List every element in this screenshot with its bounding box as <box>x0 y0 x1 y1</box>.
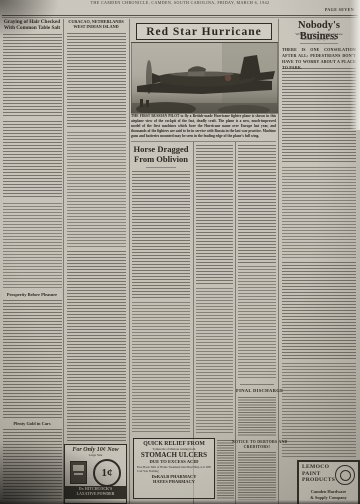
caption-rule <box>131 141 276 142</box>
text-block <box>3 300 62 418</box>
text-block <box>67 251 126 441</box>
col1-headline-line2: With Common Table Salt <box>2 26 62 32</box>
headline-rule <box>146 167 176 168</box>
nobodys-business-byline: Written for The Chronicle by Gee McGee, … <box>281 32 357 41</box>
product-package-icon <box>70 461 87 484</box>
text-block <box>282 363 356 457</box>
text-block <box>3 203 62 289</box>
lemoco-line1: LEMOCO <box>302 464 335 471</box>
text-block <box>3 429 62 501</box>
lemoco-line3: PRODUCTS <box>302 477 335 484</box>
col2-heading: CURACAO, NETHERLANDS WEST INDIAN ISLAND <box>66 20 126 30</box>
lemoco-line2: PAINT <box>302 471 335 478</box>
feature-headline-box: Red Star Hurricane <box>136 23 272 40</box>
text-block <box>132 171 190 299</box>
ulcer-ad-line3: STOMACH ULCERS <box>134 451 214 459</box>
lemoco-ad: LEMOCO PAINT PRODUCTS Camden Hardware & … <box>297 460 360 504</box>
hitchcock-ad: For Only 10¢ Now Large Size 1¢ Dr. HITCH… <box>64 444 127 504</box>
ulcer-ad: QUICK RELIEF FROM Symptoms of Distress A… <box>133 438 215 499</box>
page-number: PAGE SEVEN <box>325 7 354 12</box>
text-block <box>196 145 233 285</box>
masthead-dateline: THE CAMDEN CHRONICLE, CAMDEN, SOUTH CARO… <box>0 0 360 5</box>
debtors-heading-line2: CREDITORS! <box>232 445 282 450</box>
column-rule <box>129 19 130 504</box>
text-block <box>238 145 276 263</box>
text-block <box>196 288 233 434</box>
ulcer-ad-pharmacy2: HAYES PHARMACY <box>134 479 214 484</box>
text-block <box>238 266 276 380</box>
text-block <box>67 132 126 248</box>
col2-heading-line2: WEST INDIAN ISLAND <box>66 25 126 30</box>
column-rule <box>278 19 279 504</box>
debtors-notice-heading: NOTICE TO DEBTORS AND CREDITORS! <box>232 440 282 450</box>
article-headline: Horse Dragged From Oblivion <box>131 145 191 165</box>
brand-line2: LAXATIVE POWDER <box>65 492 126 497</box>
section-rule <box>240 384 274 385</box>
paint-seal-icon <box>335 465 355 485</box>
ulcer-ad-line1: QUICK RELIEF FROM <box>134 441 214 447</box>
text-block <box>3 121 62 199</box>
photo-caption: THE FIRST RUSSIAN PILOT to fly a British… <box>131 114 276 140</box>
feature-headline: Red Star Hurricane <box>137 26 271 38</box>
column-rule <box>63 19 64 504</box>
ulcer-ad-note: Free Book Tells of Home Treatment that M… <box>134 464 214 474</box>
text-block <box>282 167 356 259</box>
text-block <box>282 262 356 360</box>
col1-headline: Graying of Hair Checked With Common Tabl… <box>2 20 62 32</box>
text-block <box>67 33 126 129</box>
byline-rule <box>300 43 338 44</box>
hurricane-photo <box>131 42 278 114</box>
price-badge: 1¢ <box>93 459 121 487</box>
byline-line2: McGee, Copyright, 1942 <box>281 37 357 42</box>
col1-subhead-2: Plenty Gold in Cars <box>2 421 62 426</box>
dealer-line2: & Supply Company <box>299 495 358 501</box>
lemoco-dealer: Camden Hardware & Supply Company <box>299 489 358 500</box>
text-block <box>238 397 276 437</box>
text-block <box>238 452 276 500</box>
text-block <box>3 34 62 118</box>
text-block <box>282 68 356 164</box>
hurricane-plane-illustration <box>132 43 277 113</box>
masthead-rule-2 <box>2 17 358 18</box>
col1-subhead-1: Prosperity Before Pleasure <box>2 292 62 297</box>
lemoco-brand: LEMOCO PAINT PRODUCTS <box>302 464 335 484</box>
text-block <box>132 302 190 434</box>
article-headline-line2: From Oblivion <box>131 155 191 165</box>
newspaper-page: THE CAMDEN CHRONICLE, CAMDEN, SOUTH CARO… <box>0 0 360 504</box>
hitchcock-ad-brand: Dr. HITCHCOCK'S LAXATIVE POWDER <box>65 486 126 499</box>
final-discharge-heading: FINAL DISCHARGE <box>236 388 278 393</box>
masthead-rule <box>2 15 358 16</box>
